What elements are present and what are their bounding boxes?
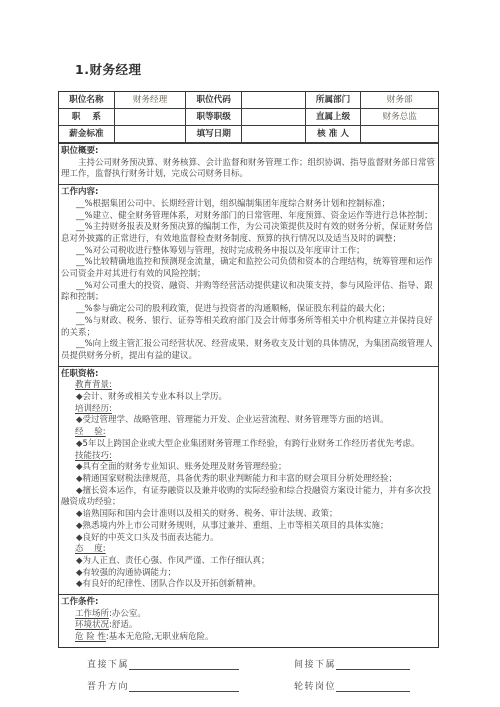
duty-item: __%向上级主管汇报公司经营状况、经营成果、财务收支及计划的具体情况，为集团高级… (61, 339, 436, 362)
duty-item: __%对公司重大的投资、融资、并购等经营活动提供建议和决策支持，参与风险评估、指… (61, 281, 436, 304)
qualification-item: ◆受过管理学、战略管理、管理能力开发、企业运营流程、财务管理等方面的培训。 (61, 415, 436, 427)
condition-line-risk: 危 险 性:基本无危险,无职业病危险。 (75, 632, 436, 644)
qualification-item: ◆有较强的沟通协调能力； (61, 568, 436, 580)
qualification-item: ◆会计、财务或相关专业本科以上学历。 (61, 392, 436, 404)
qualification-item: ◆具有全面的财务专业知识、账务处理及财务管理经验； (61, 462, 436, 474)
qualification-item: ◆为人正直、责任心强、作风严谨、工作仔细认真； (61, 556, 436, 568)
summary-text: 主持公司财务预决算、财务核算、会计监督和财务管理工作；组织协调、指导监督财务部日… (61, 158, 436, 181)
qualification-subheading-label: 态 度: (75, 544, 106, 554)
section-duties-heading: 工作内容: (61, 187, 436, 199)
duty-item: __%比较精确地监控和预测现金流量，确定和监控公司负债和资本的合理结构，统筹管理… (61, 257, 436, 280)
footer-field-label-rotation-position: 轮转岗位 (294, 679, 336, 692)
header-label-grade: 职等职级 (186, 109, 242, 126)
header-value-job-family (115, 109, 187, 126)
document-page: 1.财务经理 职位名称 财务经理 职位代码 所属部门 财务部 职 系 职等职级 … (58, 60, 439, 701)
header-label-position-code: 职位代码 (186, 92, 242, 109)
condition-label: 危 险 性 (75, 632, 106, 642)
header-label-supervisor: 直属上级 (306, 109, 362, 126)
condition-text: :基本无危险,无职业病危险。 (106, 632, 214, 642)
duty-item: __%与财政、税务、银行、证券等相关政府部门及会计师事务所等相关中介机构建立并保… (61, 316, 436, 339)
header-label-department: 所属部门 (306, 92, 362, 109)
footer-field-label-promotion-direction: 晋升方向 (87, 679, 129, 692)
footer-fields: 直接下属 间接下属 晋升方向 轮转岗位 (87, 657, 439, 692)
header-value-position-code (242, 92, 306, 109)
qualification-subheading-label: 教育背景: (75, 380, 112, 390)
footer-field-row: 晋升方向 轮转岗位 (87, 679, 439, 692)
qualification-item: ◆良好的中英文口头及书面表达能力。 (61, 533, 436, 545)
qualification-subheading-education: 教育背景: (75, 380, 436, 392)
section-duties: 工作内容: __%根据集团公司中、长期经营计划，组织编制集团年度综合财务计划和控… (59, 184, 438, 366)
qualification-subheading-attitude: 态 度: (75, 544, 436, 556)
section-conditions: 工作条件: 工作场所:办公室。 环境状况:舒适。 危 险 性:基本无危险,无职业… (59, 594, 438, 647)
duty-item: __%参与确定公司的股利政策，促进与投资者的沟通顺畅，保证股东利益的最大化； (61, 304, 436, 316)
condition-text: :办公室。 (109, 609, 146, 619)
header-label-approver: 核 准 人 (306, 126, 362, 143)
duty-item: __%主持财务报表及财务预决算的编制工作，为公司决策提供及时有效的财务分析，保证… (61, 222, 436, 245)
qualification-item: ◆熟悉境内外上市公司财务规则，从事过兼并、重组、上市等相关项目的具体实施； (61, 521, 436, 533)
header-value-salary (115, 126, 187, 143)
section-summary: 职位概要: 主持公司财务预决算、财务核算、会计监督和财务管理工作；组织协调、指导… (59, 143, 438, 184)
footer-field-blank[interactable] (336, 681, 410, 692)
footer-field-row: 直接下属 间接下属 (87, 657, 439, 670)
duty-item: __%根据集团公司中、长期经营计划，组织编制集团年度综合财务计划和控制标准； (61, 199, 436, 211)
condition-text: :舒适。 (109, 620, 137, 630)
qualification-item: ◆擅长资本运作，有证券融资以及兼并收购的实际经验和综合投融资方案设计能力，并有多… (61, 486, 436, 509)
footer-field-blank[interactable] (336, 659, 410, 670)
header-value-supervisor: 财务总监 (361, 109, 438, 126)
header-value-approver (361, 126, 438, 143)
header-label-job-family: 职 系 (59, 109, 115, 126)
header-value-department: 财务部 (361, 92, 438, 109)
condition-label: 环境状况 (75, 620, 109, 630)
section-conditions-heading: 工作条件: (61, 597, 436, 609)
header-info-grid: 职位名称 财务经理 职位代码 所属部门 财务部 职 系 职等职级 直属上级 财务… (59, 92, 438, 143)
section-qualifications: 任职资格: 教育背景: ◆会计、财务或相关专业本科以上学历。 培训经历: ◆受过… (59, 366, 438, 594)
footer-field-label-direct-subordinates: 直接下属 (87, 657, 129, 670)
qualification-subheading-label: 培训经历: (75, 404, 112, 414)
qualification-item: ◆5年以上跨国企业或大型企业集团财务管理工作经验，有跨行业财务工作经历者优先考虑… (61, 439, 436, 451)
qualification-subheading-skills: 技能技巧: (75, 451, 436, 463)
job-description-table: 职位名称 财务经理 职位代码 所属部门 财务部 职 系 职等职级 直属上级 财务… (58, 91, 439, 648)
qualification-item: ◆精通国家财税法律规范，具备优秀的职业判断能力和丰富的财会项目分析处理经验； (61, 474, 436, 486)
section-summary-heading: 职位概要: (61, 146, 436, 158)
header-value-fill-date (242, 126, 306, 143)
section-qualifications-heading: 任职资格: (61, 369, 436, 381)
footer-field-blank[interactable] (129, 681, 239, 692)
qualification-subheading-experience: 经 验: (75, 427, 436, 439)
qualification-item: ◆谙熟国际和国内会计准则以及相关的财务、税务、审计法规、政策； (61, 509, 436, 521)
qualification-subheading-training: 培训经历: (75, 404, 436, 416)
footer-field-blank[interactable] (129, 659, 239, 670)
header-value-grade (242, 109, 306, 126)
footer-field-label-indirect-subordinates: 间接下属 (294, 657, 336, 670)
header-label-position-name: 职位名称 (59, 92, 115, 109)
header-label-salary: 薪金标准 (59, 126, 115, 143)
condition-line-workplace: 工作场所:办公室。 (75, 609, 436, 621)
condition-line-environment: 环境状况:舒适。 (75, 620, 436, 632)
duty-item: __%建立、健全财务管理体系，对财务部门的日常管理、年度预算、资金运作等进行总体… (61, 211, 436, 223)
qualification-subheading-label: 技能技巧: (75, 451, 112, 461)
header-label-fill-date: 填写日期 (186, 126, 242, 143)
condition-label: 工作场所 (75, 609, 109, 619)
qualification-item: ◆有良好的纪律性、团队合作以及开拓创新精神。 (61, 579, 436, 591)
duty-item: __%对公司税收进行整体筹划与管理，按时完成税务申报以及年度审计工作； (61, 246, 436, 258)
header-value-position-name: 财务经理 (115, 92, 187, 109)
qualification-subheading-label: 经 验: (75, 427, 106, 437)
page-title: 1.财务经理 (75, 60, 439, 78)
